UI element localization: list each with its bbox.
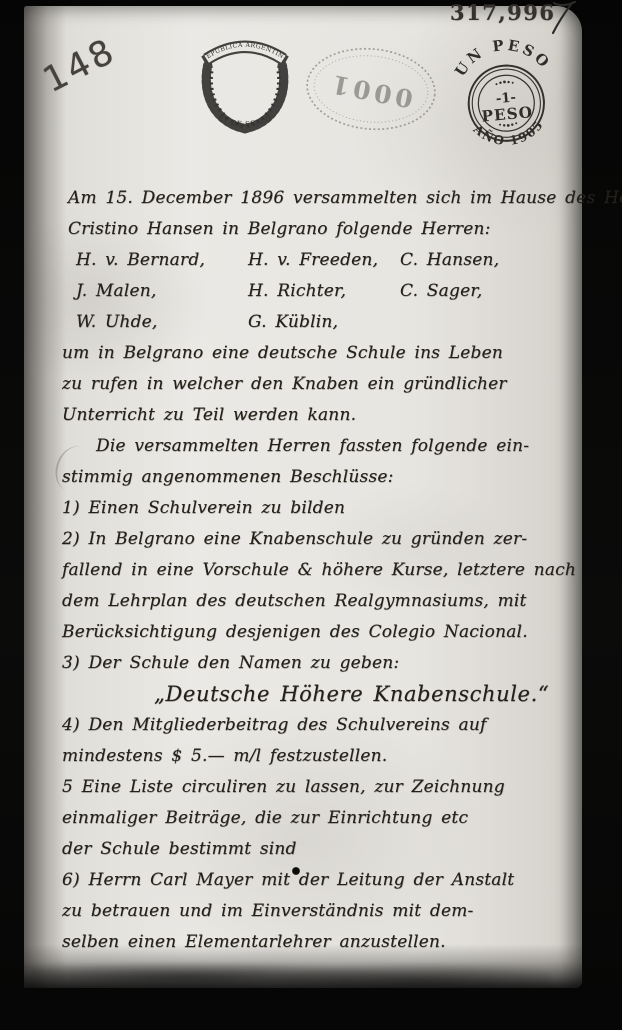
manuscript-line: Unterricht zu Teil werden kann.	[62, 400, 556, 431]
manuscript-line: Die versammelten Herren fassten folgende…	[62, 431, 556, 462]
manuscript-line: 2) In Belgrano eine Knabenschule zu grün…	[62, 524, 556, 555]
attendee-name: G. Küblin,	[248, 307, 400, 338]
manuscript-line: Berücksichtigung desjenigen des Colegio …	[62, 617, 556, 648]
serial-number: 317,996	[450, 0, 555, 25]
attendee-name: C. Sager,	[400, 276, 556, 307]
attendee-name: C. Hansen,	[400, 245, 556, 276]
manuscript-line: Cristino Hansen in Belgrano folgende Her…	[62, 214, 556, 245]
manuscript-line: J. Malen,H. Richter,C. Sager,	[62, 276, 556, 307]
manuscript: Am 15. December 1896 versammelten sich i…	[62, 183, 556, 958]
manuscript-line: der Schule bestimmt sind	[62, 834, 556, 865]
manuscript-line: 1) Einen Schulverein zu bilden	[62, 493, 556, 524]
wreath-seal: REPUBLICA ARGENTINA LEY DE SELLOS	[193, 24, 297, 138]
manuscript-line: Am 15. December 1896 versammelten sich i…	[62, 183, 556, 214]
control-stamp: 0001	[296, 34, 446, 144]
manuscript-line: dem Lehrplan des deutschen Realgymnasium…	[62, 586, 556, 617]
peso-stamp-unit: PESO	[481, 103, 534, 125]
attendee-name: H. v. Freeden,	[248, 245, 400, 276]
document-scan: 317,996 148 REPUBLICA ARGENTINA LEY DE S…	[0, 0, 622, 1030]
attendee-name: H. v. Bernard,	[76, 245, 248, 276]
manuscript-line: 5 Eine Liste circuliren zu lassen, zur Z…	[62, 772, 556, 803]
manuscript-line: um in Belgrano eine deutsche Schule ins …	[62, 338, 556, 369]
manuscript-line: 6) Herrn Carl Mayer mit der Leitung der …	[62, 865, 556, 896]
attendee-name: H. Richter,	[248, 276, 400, 307]
manuscript-line: zu betrauen und im Einverständnis mit de…	[62, 896, 556, 927]
manuscript-line: „Deutsche Höhere Knabenschule.“	[62, 679, 556, 710]
attendee-name: W. Uhde,	[76, 307, 248, 338]
peso-stamp: UN PESO -1- PESO AÑO 1905	[443, 21, 567, 154]
manuscript-line: 3) Der Schule den Namen zu geben:	[62, 648, 556, 679]
manuscript-line: H. v. Bernard,H. v. Freeden,C. Hansen,	[62, 245, 556, 276]
manuscript-line: 4) Den Mitgliederbeitrag des Schulverein…	[62, 710, 556, 741]
control-stamp-number: 0001	[326, 69, 416, 114]
attendee-name	[400, 307, 556, 338]
manuscript-line: fallend in eine Vorschule & höhere Kurse…	[62, 555, 556, 586]
peso-stamp-top-text: UN PESO	[449, 33, 555, 81]
stamp-ornament-top	[495, 80, 514, 86]
manuscript-line: W. Uhde,G. Küblin,	[62, 307, 556, 338]
manuscript-line: stimmig angenommenen Beschlüsse:	[62, 462, 556, 493]
manuscript-line: selben einen Elementarlehrer anzustellen…	[62, 927, 556, 958]
ink-blot	[292, 867, 300, 875]
manuscript-line: mindestens $ 5.— m/l festzustellen.	[62, 741, 556, 772]
attendee-name: J. Malen,	[76, 276, 248, 307]
manuscript-line: zu rufen in welcher den Knaben ein gründ…	[62, 369, 556, 400]
bottom-edge-smudge	[30, 960, 550, 994]
manuscript-line: einmaliger Beiträge, die zur Einrichtung…	[62, 803, 556, 834]
